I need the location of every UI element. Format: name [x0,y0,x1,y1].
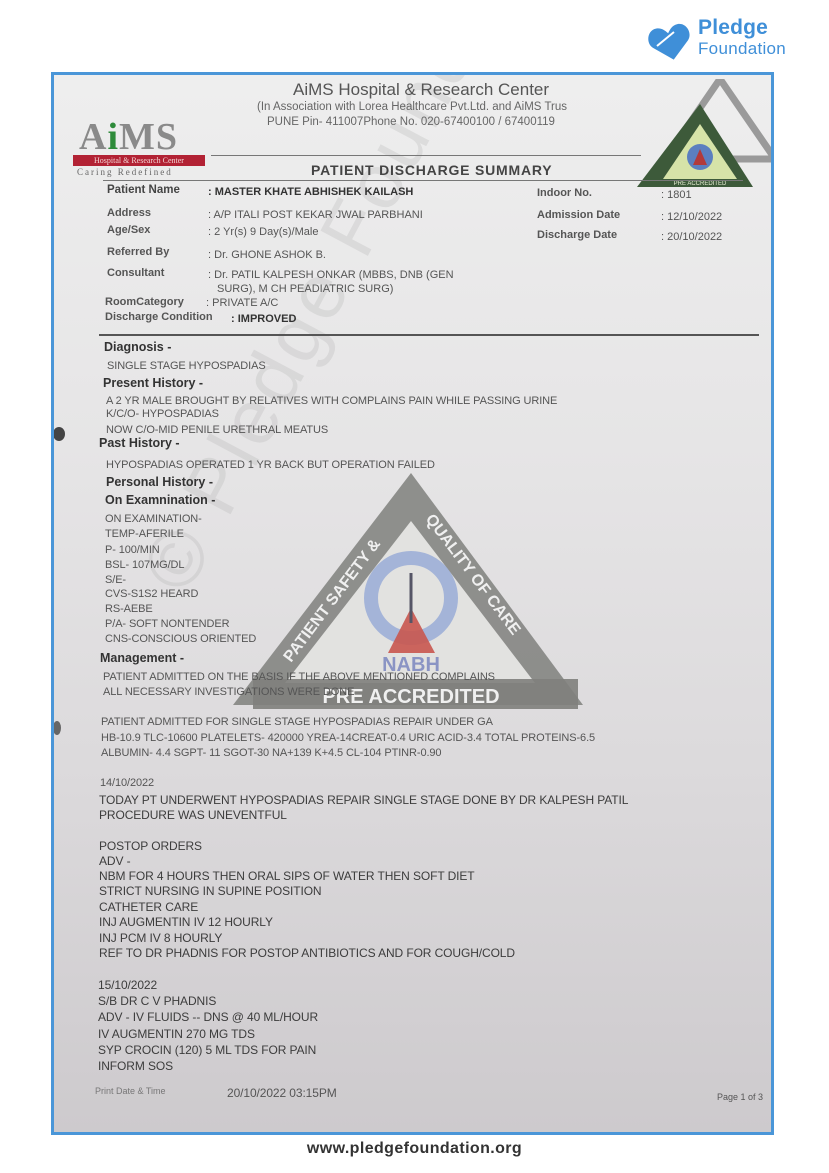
divider [99,334,759,336]
postop-line: REF TO DR PHADNIS FOR POSTOP ANTIBIOTICS… [99,946,515,960]
print-date-label: Print Date & Time [95,1086,166,1096]
punch-hole [53,427,65,441]
followup-line: ADV - IV FLUIDS -- DNS @ 40 ML/HOUR [98,1010,318,1024]
aims-logo-text: AiMS [79,115,178,159]
divider [211,155,641,156]
svg-text:PRE ACCREDITED: PRE ACCREDITED [674,181,727,187]
diagnosis-text: SINGLE STAGE HYPOSPADIAS [107,360,266,372]
management-line: PATIENT ADMITTED ON THE BASIS IF THE ABO… [103,671,495,683]
exam-line: TEMP-AFERILE [105,528,184,540]
past-history-line: HYPOSPADIAS OPERATED 1 YR BACK BUT OPERA… [106,459,435,471]
discharge-summary-document: © Pledge Foundation.org AiMS Hospital & … [51,72,774,1135]
age-sex-value: : 2 Yr(s) 9 Day(s)/Male [208,226,318,238]
aims-logo-band: Hospital & Research Center [73,155,205,166]
surgery-date: 14/10/2022 [100,777,154,789]
postop-line: NBM FOR 4 HOURS THEN ORAL SIPS OF WATER … [99,869,475,883]
management-line: ALL NECESSARY INVESTIGATIONS WERE DONE [103,686,354,698]
followup-line: INFORM SOS [98,1059,173,1073]
consultant-label: Consultant [107,267,164,279]
room-category-label: RoomCategory [105,296,184,308]
exam-line: S/E- [105,574,126,586]
discharge-condition-label: Discharge Condition [105,311,213,323]
consultant-value-cont: SURG), M CH PEADIATRIC SURG) [217,283,393,295]
age-sex-label: Age/Sex [107,224,150,236]
exam-line: P/A- SOFT NONTENDER [105,618,229,630]
address-value: : A/P ITALI POST KEKAR JWAL PARBHANI [208,209,423,221]
exam-line: BSL- 107MG/DL [105,559,184,571]
present-history-line: K/C/O- HYPOSPADIAS [106,408,219,420]
followup-line: S/B DR C V PHADNIS [98,994,216,1008]
surgery-note-line: PROCEDURE WAS UNEVENTFUL [99,808,287,822]
postop-line: STRICT NURSING IN SUPINE POSITION [99,884,322,898]
hospital-name: AiMS Hospital & Research Center [293,80,549,100]
document-title: PATIENT DISCHARGE SUMMARY [311,162,552,178]
room-category-value: : PRIVATE A/C [206,297,278,309]
exam-line: RS-AEBE [105,603,153,615]
followup-line: SYP CROCIN (120) 5 ML TDS FOR PAIN [98,1043,316,1057]
consultant-value: : Dr. PATIL KALPESH ONKAR (MBBS, DNB (GE… [208,269,454,281]
brand-name-sub: Foundation [698,39,786,59]
discharge-date-label: Discharge Date [537,229,617,241]
heart-icon [648,22,692,62]
surgery-note-line: TODAY PT UNDERWENT HYPOSPADIAS REPAIR SI… [99,793,628,807]
indoor-no-label: Indoor No. [537,187,592,199]
nabh-accreditation-badge: PRE ACCREDITED [635,79,774,189]
print-date-value: 20/10/2022 03:15PM [227,1086,337,1100]
postop-line: CATHETER CARE [99,900,198,914]
admission-date-value: : 12/10/2022 [661,211,722,223]
postop-line: INJ PCM IV 8 HOURLY [99,931,222,945]
present-history-line: NOW C/O-MID PENILE URETHRAL MEATUS [106,424,328,436]
past-history-heading: Past History - [99,436,180,450]
lab-results-line: ALBUMIN- 4.4 SGPT- 11 SGOT-30 NA+139 K+4… [101,747,441,759]
website-link[interactable]: www.pledgefoundation.org [0,1140,829,1158]
followup-line: IV AUGMENTIN 270 MG TDS [98,1027,255,1041]
aims-logo-tagline: Caring Redefined [77,167,173,177]
on-examination-heading: On Examnination - [105,493,215,507]
aims-logo: AiMS Hospital & Research Center Caring R… [73,115,213,180]
admission-date-label: Admission Date [537,209,620,221]
referred-by-value: : Dr. GHONE ASHOK B. [208,249,326,261]
diagnosis-heading: Diagnosis - [104,340,171,354]
brand-name: Pledge [698,16,768,40]
discharge-date-value: : 20/10/2022 [661,231,722,243]
followup-date: 15/10/2022 [98,978,157,992]
exam-line: CVS-S1S2 HEARD [105,588,198,600]
management-heading: Management - [100,651,184,665]
divider [103,180,743,181]
present-history-heading: Present History - [103,376,203,390]
patient-name-label: Patient Name [107,184,180,196]
present-history-line: A 2 YR MALE BROUGHT BY RELATIVES WITH CO… [106,395,557,407]
postop-line: INJ AUGMENTIN IV 12 HOURLY [99,915,273,929]
postop-orders-heading: POSTOP ORDERS [99,839,202,853]
indoor-no-value: : 1801 [661,189,692,201]
hospital-association: (In Association with Lorea Healthcare Pv… [257,101,567,113]
address-label: Address [107,207,151,219]
discharge-condition-value: : IMPROVED [231,313,296,325]
admission-note-line: PATIENT ADMITTED FOR SINGLE STAGE HYPOSP… [101,716,493,728]
patient-name-value: : MASTER KHATE ABHISHEK KAILASH [208,186,413,198]
exam-line: P- 100/MIN [105,544,160,556]
pledge-foundation-logo: Pledge Foundation [648,14,818,60]
exam-line: ON EXAMINATION- [105,513,202,525]
personal-history-heading: Personal History - [106,475,213,489]
punch-hole [53,721,61,735]
lab-results-line: HB-10.9 TLC-10600 PLATELETS- 420000 YREA… [101,732,595,744]
referred-by-label: Referred By [107,246,169,258]
page-number: Page 1 of 3 [717,1092,763,1102]
postop-line: ADV - [99,854,131,868]
hospital-address: PUNE Pin- 411007Phone No. 020-67400100 /… [267,116,555,128]
